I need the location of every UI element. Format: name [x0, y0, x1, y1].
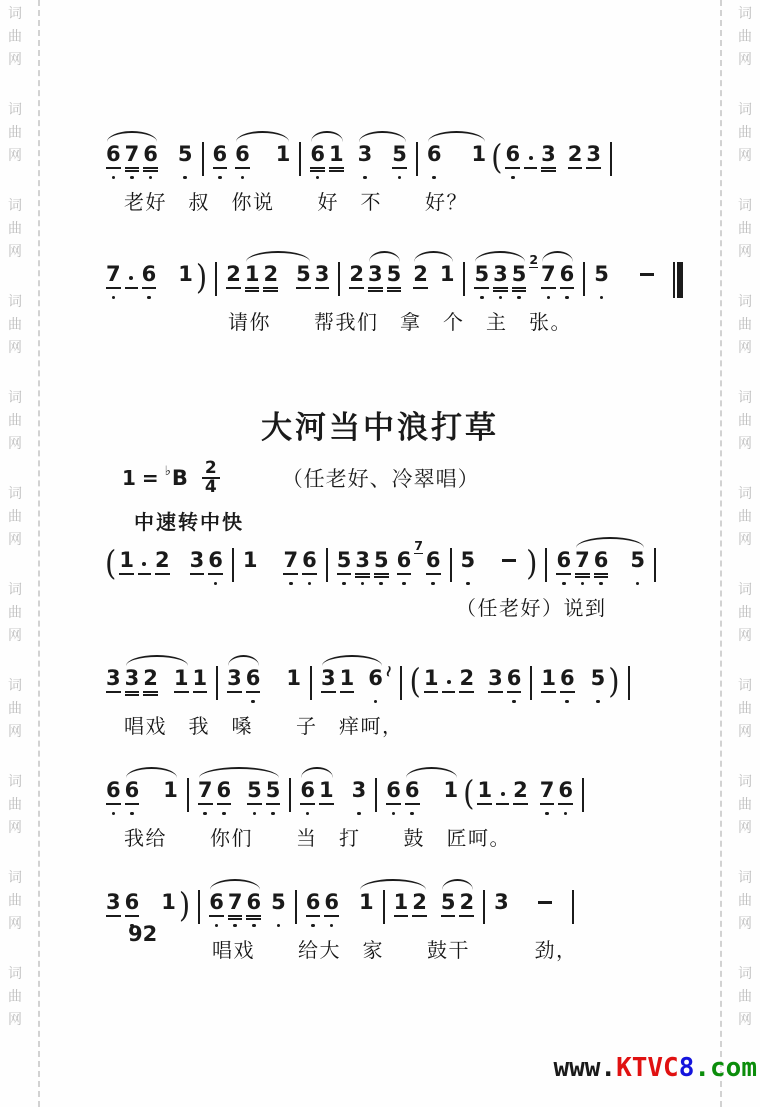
beam-line: [125, 287, 138, 289]
note-digit: 2: [568, 142, 583, 166]
beam-underlines: [426, 572, 441, 579]
grace-digit: 7: [414, 539, 423, 552]
beam-underlines: [246, 690, 261, 697]
beam-line: [507, 691, 522, 693]
parenthesis: ): [608, 664, 619, 699]
low-octave-dot: [562, 582, 566, 586]
spacer: [610, 548, 628, 549]
note-digit: 3: [368, 262, 383, 286]
beam-line: [556, 573, 571, 575]
octave-dots: [130, 173, 134, 185]
beam-line: [283, 573, 298, 575]
beam-line: [310, 167, 325, 169]
note: 1: [477, 778, 492, 821]
low-octave-dot: [149, 176, 153, 180]
parenthesis: ): [179, 888, 190, 923]
note: 1: [276, 142, 291, 185]
low-octave-dot: [596, 700, 600, 704]
note-digit: 3: [227, 666, 242, 690]
beam-line: [329, 167, 344, 169]
barline: [583, 262, 585, 296]
grace-underline: [414, 553, 423, 554]
watermark-segment: www.: [553, 1053, 616, 1083]
octave-dots: [511, 173, 515, 185]
note-digit: 6: [306, 890, 321, 914]
barline: [463, 262, 465, 296]
beam-line: [394, 915, 409, 917]
augmentation-dot: [496, 778, 509, 821]
octave-dots: [596, 697, 600, 709]
beam-underlines: [541, 286, 556, 293]
note: 6: [594, 548, 609, 591]
beam-line: [174, 691, 189, 693]
spacer: [346, 142, 356, 143]
beam-line: [143, 170, 158, 172]
note: 1: [444, 778, 459, 821]
slur-group: 61: [123, 778, 180, 821]
watermark-character: 曲: [8, 125, 22, 140]
beam-underlines: [474, 286, 489, 293]
note-digit: 7: [125, 142, 140, 166]
spacer: [444, 142, 470, 143]
watermark-character: 词: [738, 582, 752, 597]
beam-underlines: [198, 802, 213, 809]
spacer: [336, 778, 350, 779]
beam-line: [575, 576, 590, 578]
beam-line: [337, 573, 352, 575]
beam-underlines: [444, 802, 459, 809]
low-octave-dot: [480, 296, 484, 300]
lyrics-row: 我给 你们 当 打 鼓 匠呵。: [104, 822, 712, 851]
low-octave-dot: [361, 582, 365, 586]
notation-line: 361)676566112523唱戏 给大 家 鼓干 劲，: [104, 876, 712, 963]
octave-dots: [410, 809, 414, 821]
note-digit: 1: [329, 142, 344, 166]
barline: [326, 548, 328, 582]
watermark-character: 词: [738, 102, 752, 117]
beam-underlines: [359, 914, 374, 921]
note: 6: [427, 142, 442, 185]
beam-line: [198, 803, 213, 805]
low-octave-dot: [499, 296, 503, 300]
barline: [483, 890, 485, 924]
low-octave-dot: [511, 176, 515, 180]
beam-line: [228, 915, 243, 917]
beam-underlines: [374, 572, 389, 579]
note-digit: 5: [474, 262, 489, 286]
spacer: [280, 262, 294, 263]
low-octave-dot: [547, 296, 551, 300]
watermark-character: 曲: [8, 893, 22, 908]
note-digit: 7: [228, 890, 243, 914]
note-digit: 1: [119, 548, 134, 572]
note-digit: 6: [426, 548, 441, 572]
spacer: [460, 778, 462, 779]
beam-underlines: [586, 166, 601, 173]
note-digit: 6: [246, 666, 261, 690]
beam-underlines: [541, 166, 556, 173]
octave-dots: [431, 579, 435, 591]
note: 1: [472, 142, 487, 185]
watermark-character: 词: [738, 774, 752, 789]
watermark-character: 网: [738, 1012, 752, 1027]
barline: [232, 548, 234, 582]
watermark-character: 词: [8, 966, 22, 981]
watermark-text-group: 词曲网: [738, 194, 752, 263]
low-octave-dot: [565, 296, 569, 300]
note-digit: 1: [541, 666, 556, 690]
octave-dots: [374, 697, 378, 709]
notation-line: 761)21253235215352765请你 帮我们 拿 个 主 张。: [104, 248, 712, 335]
beam-underlines: [556, 572, 571, 579]
beam-line: [512, 290, 527, 292]
key-signature: 1 = ♭ B 2 4: [122, 460, 220, 496]
top-score-block: 6765661613561(6323老好 叔 你说 好 不 好？761)2125…: [104, 128, 712, 335]
note: 6: [106, 778, 121, 821]
octave-dots: [233, 921, 237, 933]
watermark-character: 词: [8, 870, 22, 885]
beam-underlines: [106, 914, 121, 921]
watermark-text-group: 词曲网: [738, 770, 752, 839]
note: 3: [488, 666, 503, 709]
augmentation-dot: [442, 666, 455, 709]
octave-dots: [361, 579, 365, 591]
beam-underlines: [524, 166, 537, 173]
watermark-text-group: 词曲网: [8, 962, 22, 1031]
note: 1: [440, 262, 455, 305]
octave-dots: [149, 173, 153, 185]
beam-underlines: [507, 690, 522, 697]
octave-dots: [330, 921, 334, 933]
held-note-dash: [640, 273, 654, 276]
watermark-character: 网: [8, 916, 22, 931]
watermark-character: 词: [738, 6, 752, 21]
low-octave-dot: [466, 582, 470, 586]
note: 5: [296, 262, 311, 305]
note-digit: 1: [174, 666, 189, 690]
note: 6: [217, 778, 232, 821]
octave-dots: [306, 809, 310, 821]
beam-underlines: [459, 914, 474, 921]
spacer: [141, 890, 159, 891]
slur-group: 35: [366, 262, 403, 305]
beam-line: [397, 573, 412, 575]
beam-line: [493, 287, 508, 289]
beam-underlines: [513, 802, 528, 809]
low-octave-dot: [357, 812, 361, 816]
beam-line: [441, 915, 456, 917]
note: 5: [441, 890, 456, 933]
beam-line: [106, 803, 121, 805]
beam-line: [560, 287, 575, 289]
beam-underlines: [235, 166, 250, 173]
low-octave-dot: [581, 582, 585, 586]
beam-line: [568, 167, 583, 169]
low-octave-dot: [218, 176, 222, 180]
note-digit: 5: [296, 262, 311, 286]
note-digit: 5: [271, 890, 286, 914]
octave-dots: [342, 579, 346, 591]
beam-underlines: [412, 914, 427, 921]
held-note-dash: [502, 559, 516, 562]
beam-underlines: [178, 166, 193, 173]
lyrics-row: 唱戏 我 嗓 子 痒呵，: [104, 710, 712, 739]
octave-dots: [252, 921, 256, 933]
beam-line: [143, 694, 158, 696]
note: 5: [512, 262, 527, 305]
watermark-character: 网: [8, 148, 22, 163]
beam-line: [349, 287, 364, 289]
note-digit: 5: [591, 666, 606, 690]
beam-line: [374, 576, 389, 578]
note-digit: 5: [178, 142, 193, 166]
watermark-character: 曲: [8, 29, 22, 44]
note-digit: 6: [106, 142, 121, 166]
beam-underlines: [440, 286, 455, 293]
watermark-character: 词: [8, 678, 22, 693]
note: 1: [174, 666, 189, 709]
beam-line: [329, 170, 344, 172]
note: 3: [494, 890, 509, 933]
beam-line: [387, 290, 402, 292]
spacer: [577, 666, 589, 667]
beam-line: [227, 691, 242, 693]
note: 6: [560, 262, 575, 305]
beam-underlines: [496, 802, 509, 809]
meter-denominator: 4: [202, 479, 220, 496]
note: 7: [540, 778, 555, 821]
note: 3: [541, 142, 556, 185]
octave-dots: [289, 579, 293, 591]
beam-line: [263, 287, 278, 289]
beam-underlines: [142, 286, 157, 293]
beam-line: [386, 803, 401, 805]
beam-line: [355, 573, 370, 575]
watermark-character: 曲: [8, 989, 22, 1004]
dot-glyph: [128, 262, 135, 286]
note-digit: 7: [575, 548, 590, 572]
note-digit: 5: [461, 548, 476, 572]
beam-line: [228, 918, 243, 920]
note: 1: [329, 142, 344, 185]
watermark-character: 网: [738, 916, 752, 931]
note-digit: 6: [310, 142, 325, 166]
barline: [572, 890, 574, 924]
beam-underlines: [505, 166, 520, 173]
note: 6: [235, 142, 250, 185]
beam-line: [106, 167, 121, 169]
dot-glyph: [445, 666, 452, 690]
barline: [610, 142, 612, 176]
watermark-text-group: 词曲网: [8, 770, 22, 839]
note: 2: [143, 666, 158, 709]
octave-dots: [499, 293, 503, 305]
note: 1: [163, 778, 178, 821]
beam-line: [474, 287, 489, 289]
note: 5: [474, 262, 489, 305]
beam-underlines: [310, 166, 325, 173]
note: 3: [106, 666, 121, 709]
lyrics-row: 唱戏 给大 家 鼓干 劲，: [104, 934, 712, 963]
beam-line: [247, 803, 262, 805]
beam-line: [459, 915, 474, 917]
beam-underlines: [394, 914, 409, 921]
beam-underlines: [337, 572, 352, 579]
singers-credit: （任老好、冷翠唱）: [282, 463, 480, 493]
beam-underlines: [540, 802, 555, 809]
dot-glyph: [499, 778, 506, 802]
barline: [416, 142, 418, 176]
note-digit: 3: [488, 666, 503, 690]
key-signature-row: 1 = ♭ B 2 4 （任老好、冷翠唱）: [122, 460, 480, 496]
note-digit: 2: [349, 262, 364, 286]
note-digit: 3: [315, 262, 330, 286]
beam-underlines: [276, 166, 291, 173]
watermark-character: 词: [8, 6, 22, 21]
beam-underlines: [226, 286, 241, 293]
beam-underlines: [143, 690, 158, 697]
note: 2: [459, 890, 474, 933]
beam-underlines: [125, 166, 140, 173]
beam-line: [541, 167, 556, 169]
note: 3: [190, 548, 205, 591]
beam-line: [119, 573, 134, 575]
beam-line: [541, 287, 556, 289]
beam-underlines: [427, 166, 442, 173]
watermark-character: 词: [8, 486, 22, 501]
barline: [338, 262, 340, 296]
parenthesis: (: [463, 776, 474, 811]
spacer: [488, 142, 490, 143]
note-digit: 2: [412, 890, 427, 914]
low-octave-dot: [517, 296, 521, 300]
beam-line: [143, 691, 158, 693]
watermark-character: 网: [738, 244, 752, 259]
note: 1: [359, 890, 374, 933]
beam-underlines: [138, 572, 151, 579]
note-digit: 3: [352, 778, 367, 802]
spacer: [252, 142, 274, 143]
beam-line: [246, 915, 261, 917]
watermark-character: 网: [738, 532, 752, 547]
barline: [545, 548, 547, 582]
note: 6: [507, 666, 522, 709]
note: 3: [227, 666, 242, 709]
note-digit: 3: [106, 666, 121, 690]
beam-line: [310, 170, 325, 172]
note: 6: [246, 666, 261, 709]
octave-dots: [600, 293, 604, 305]
beam-line: [246, 918, 261, 920]
octave-dots: [183, 173, 187, 185]
note: 2: [412, 890, 427, 933]
note-digit: 6: [560, 666, 575, 690]
final-bar-thick: [677, 262, 683, 298]
note: 6: [142, 262, 157, 305]
augmentation-dot: [125, 262, 138, 305]
note: 6: [324, 890, 339, 933]
note-digit: 7: [198, 778, 213, 802]
note: 6: [300, 778, 315, 821]
note: 7: [106, 262, 121, 305]
augmentation-dot: [524, 142, 537, 185]
watermark-character: 网: [738, 52, 752, 67]
beam-underlines: [247, 802, 262, 809]
grace-underline: [529, 267, 538, 268]
note: 5: [594, 262, 609, 305]
low-octave-dot: [130, 812, 134, 816]
watermark-text-group: 词曲网: [738, 962, 752, 1031]
note-digit: 6: [507, 666, 522, 690]
spacer: [430, 262, 438, 263]
beam-underlines: [266, 802, 281, 809]
watermark-character: 曲: [738, 797, 752, 812]
note-digit: 2: [143, 666, 158, 690]
beam-line: [575, 573, 590, 575]
beam-underlines: [217, 802, 232, 809]
beam-underlines: [163, 802, 178, 809]
slur-group: 7655: [196, 778, 283, 821]
spacer: [374, 142, 390, 143]
barline: [400, 666, 402, 700]
beam-line: [138, 573, 151, 575]
parenthesis: (: [410, 664, 421, 699]
octave-dots: [466, 579, 470, 591]
note: 6: [209, 890, 224, 933]
note-digit: 6: [368, 666, 383, 690]
note-digit: 6: [142, 262, 157, 286]
beam-underlines: [386, 802, 401, 809]
note: 6: [208, 548, 223, 591]
parenthesis: ): [196, 260, 207, 295]
note-digit: 6: [386, 778, 401, 802]
note: 5: [387, 262, 402, 305]
note-digit: 6: [556, 548, 571, 572]
beam-line: [263, 290, 278, 292]
low-octave-dot: [215, 924, 219, 928]
octave-dots: [565, 697, 569, 709]
octave-dots: [253, 809, 257, 821]
low-octave-dot: [311, 924, 315, 928]
barline: [198, 890, 200, 924]
slur-group: 35: [356, 142, 409, 185]
watermark-character: 曲: [738, 989, 752, 1004]
note-digit: 5: [594, 262, 609, 286]
spacer: [160, 666, 172, 667]
spacer: [391, 548, 395, 549]
beam-line: [245, 290, 260, 292]
note-digit: 1: [424, 666, 439, 690]
note-digit: 5: [392, 142, 407, 166]
note-digit: 1: [245, 262, 260, 286]
octave-dots: [214, 579, 218, 591]
note-digit: 6: [594, 548, 609, 572]
note-digit: 6: [300, 778, 315, 802]
note-digit: 3: [125, 666, 140, 690]
parenthesis: ): [526, 546, 537, 581]
note: 1: [245, 262, 260, 305]
low-octave-dot: [545, 812, 549, 816]
note-digit: 1: [319, 778, 334, 802]
note: 1: [119, 548, 134, 591]
note-digit: 6: [209, 890, 224, 914]
low-octave-dot: [112, 296, 116, 300]
right-edge-watermark: 词曲网词曲网词曲网词曲网词曲网词曲网词曲网词曲网词曲网词曲网词曲网: [734, 2, 756, 1107]
beam-underlines: [296, 286, 311, 293]
octave-dots: [112, 809, 116, 821]
octave-dots: [357, 809, 361, 821]
note-digit: 1: [193, 666, 208, 690]
